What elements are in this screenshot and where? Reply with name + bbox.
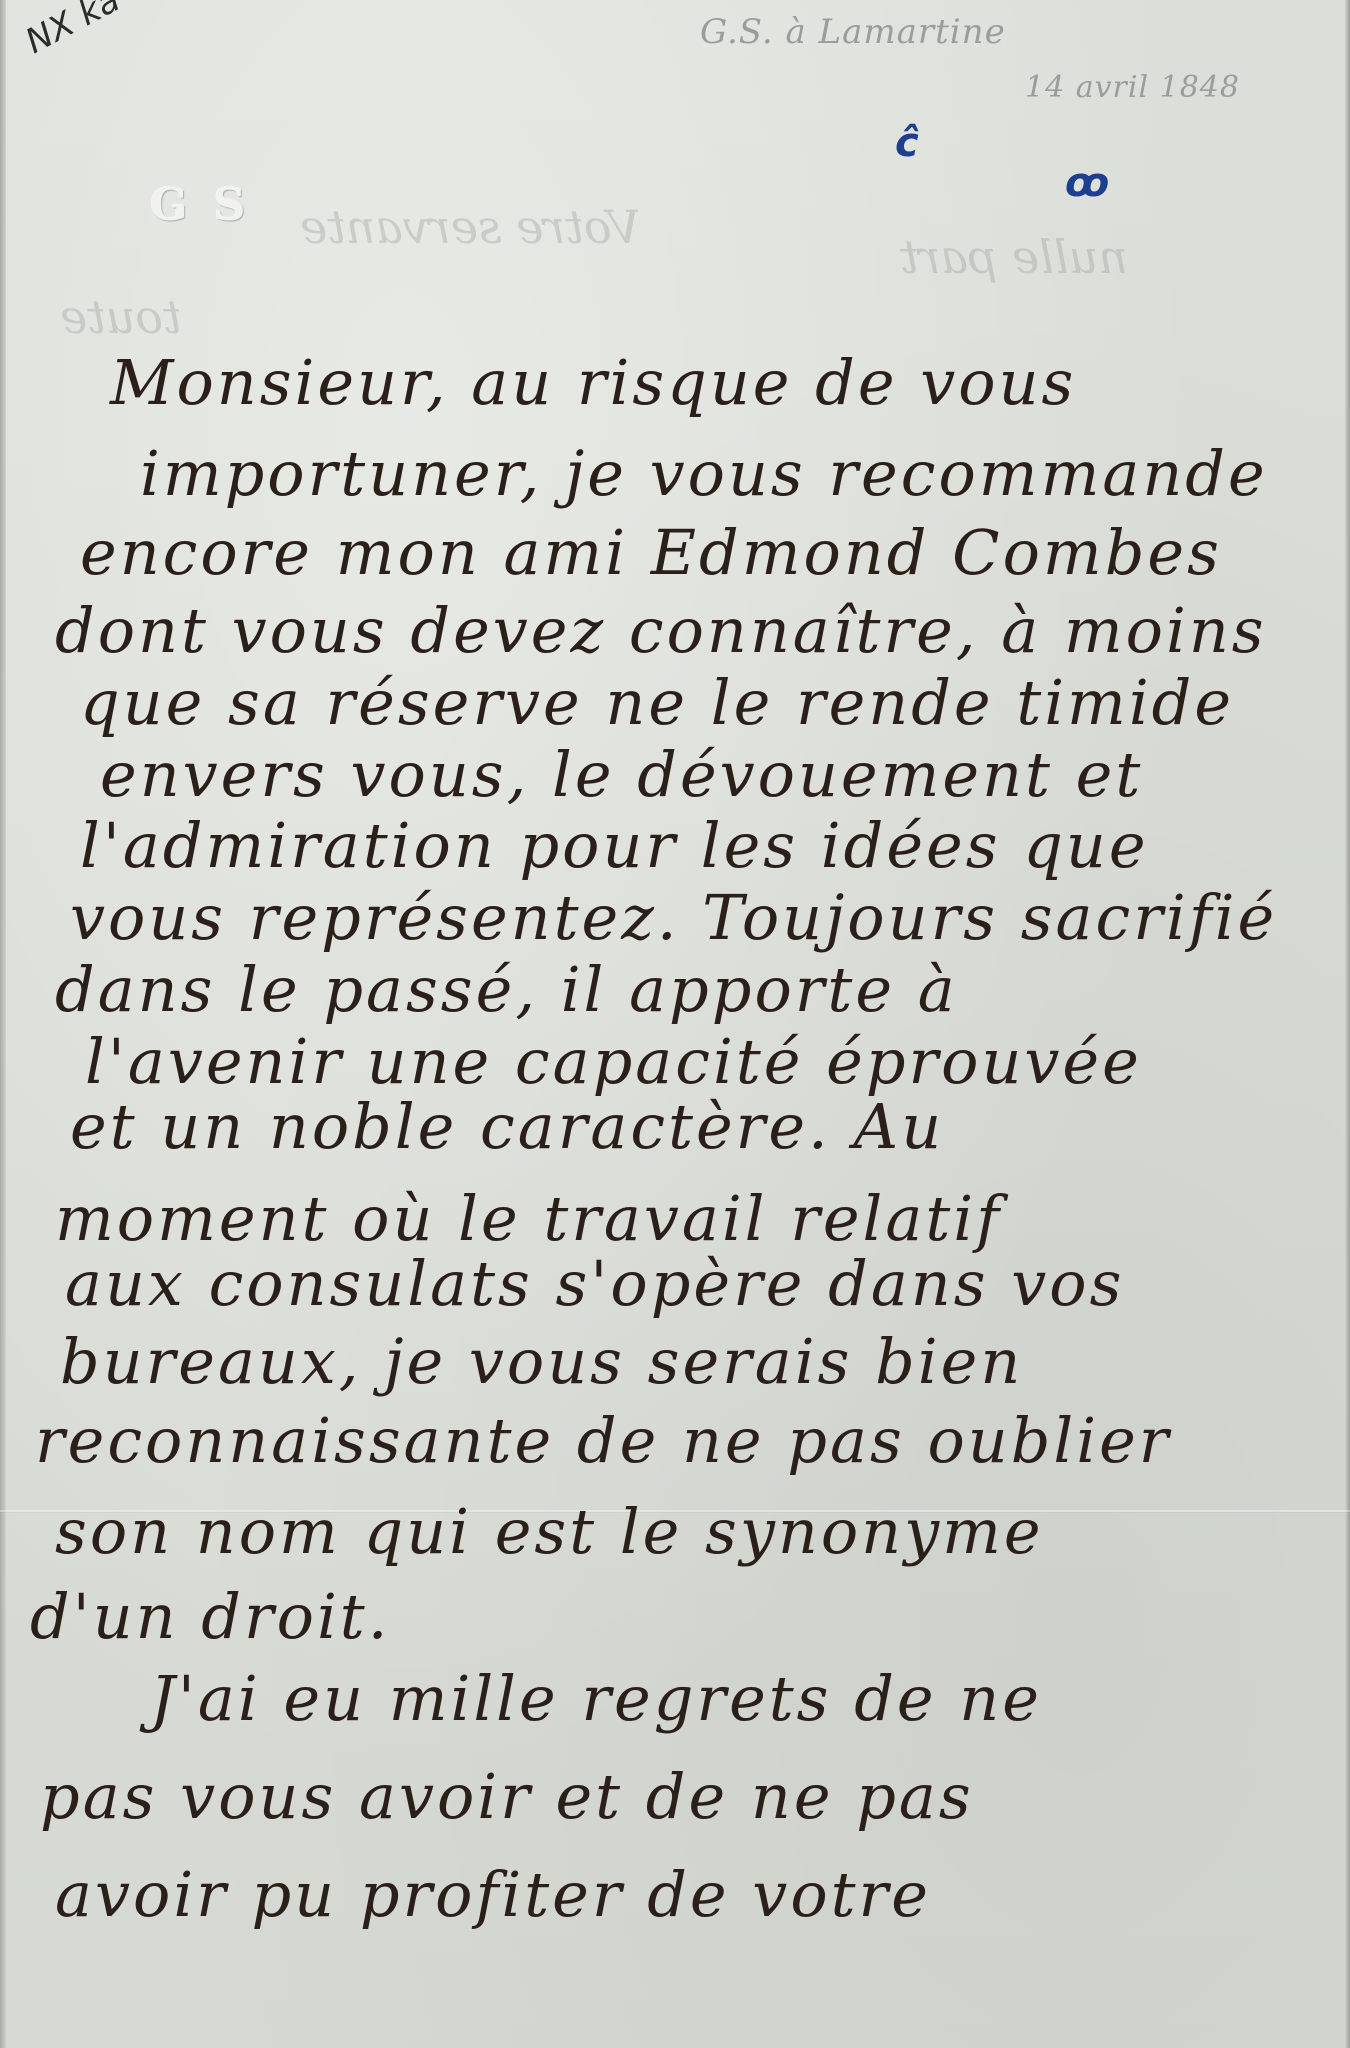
letter-line: envers vous, le dévouement et [0,744,1350,806]
letter-line: J'ai eu mille regrets de ne [0,1668,1350,1730]
letter-line: d'un droit. [0,1586,1350,1648]
bleed-through-text: nulle part [900,230,1128,284]
letter-line: avoir pu profiter de votre [0,1864,1350,1926]
letter-line: vous représentez. Toujours sacrifié [0,887,1350,949]
letter-line: aux consulats s'opère dans vos [0,1253,1350,1315]
bleed-through-text: toute [60,290,182,344]
bleed-through-text: Votre servante [300,200,641,254]
letter-line: Monsieur, au risque de vous [0,352,1350,414]
letter-line: dans le passé, il apporte à [0,959,1350,1021]
letter-line: encore mon ami Edmond Combes [0,522,1350,584]
letter-line: bureaux, je vous serais bien [0,1331,1350,1393]
paper-left-edge [0,0,6,2048]
letter-line: reconnaissante de ne pas oublier [0,1410,1350,1472]
letter-line: pas vous avoir et de ne pas [0,1766,1350,1828]
paper-right-edge [1345,0,1350,2048]
blue-ink-mark: ĉ [895,120,919,166]
letter-page: NX ka G.S. à Lamartine 14 avril 1848 GS … [0,0,1350,2048]
blue-ink-flourish: ꝏ [1065,160,1109,206]
archival-date: 14 avril 1848 [1025,70,1240,105]
letter-line: son nom qui est le synonyme [0,1501,1350,1563]
corner-annotation: NX ka [19,0,126,62]
letter-line: moment où le travail relatif [0,1188,1350,1250]
letter-line: que sa réserve ne le rende timide [0,672,1350,734]
embossed-monogram: GS [150,180,271,231]
archival-heading: G.S. à Lamartine [700,12,1006,52]
letter-line: et un noble caractère. Au [0,1096,1350,1158]
letter-line: l'avenir une capacité éprouvée [0,1031,1350,1093]
letter-line: importuner, je vous recommande [0,443,1350,505]
letter-line: dont vous devez connaître, à moins [0,600,1350,662]
letter-line: l'admiration pour les idées que [0,815,1350,877]
